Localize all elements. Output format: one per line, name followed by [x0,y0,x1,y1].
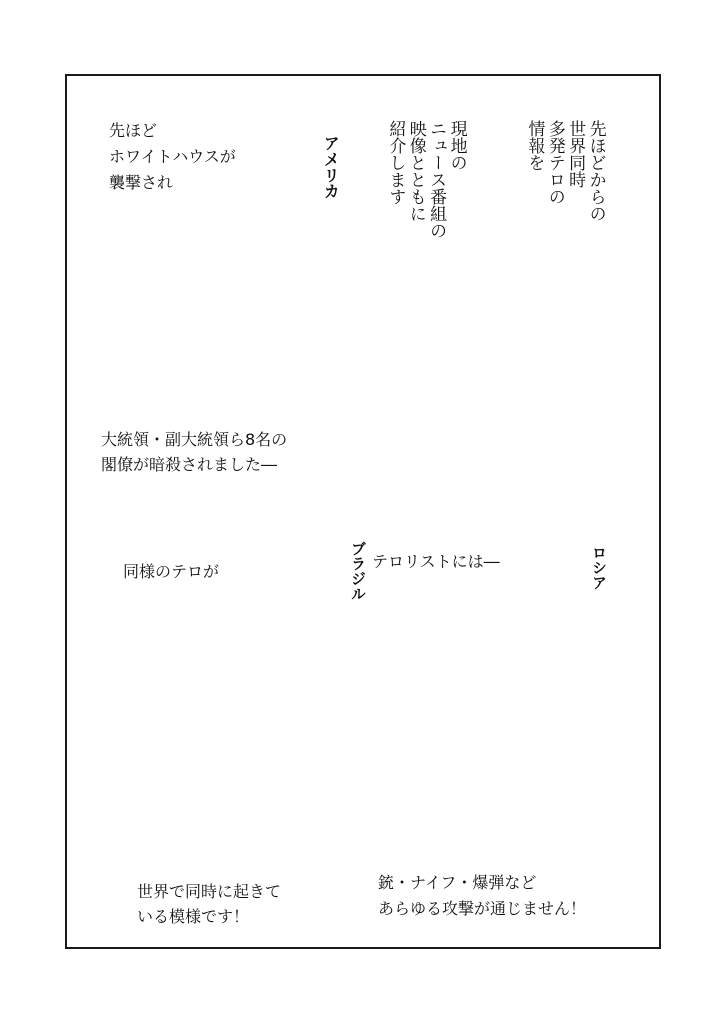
location-label-russia: ロシア [590,545,608,590]
speech-bubble-worldwide: 世界で同時に起きて いる模様です！ [137,879,281,929]
location-label-america: アメリカ [321,135,340,199]
speech-bubble-terrorists: テロリストには― [372,550,500,573]
speech-bubble-white-house: 先ほど ホワイトハウスが 襲撃され [109,118,236,196]
speech-bubble-cabinet: 大統領・副大統領ら8名の 閣僚が暗殺されました― [101,427,287,477]
speech-bubble-same-terror: 同様のテロが [123,560,219,583]
speech-bubble-intro: 先ほどからの 世界同時 多発テロの 情報を [524,120,606,222]
location-label-brazil: ブラジル [349,541,367,601]
speech-bubble-news: 現地の ニュース番組の 映像とともに 紹介します [385,120,467,239]
speech-bubble-weapons: 銃・ナイフ・爆弾など あらゆる攻撃が通じません！ [378,870,586,922]
